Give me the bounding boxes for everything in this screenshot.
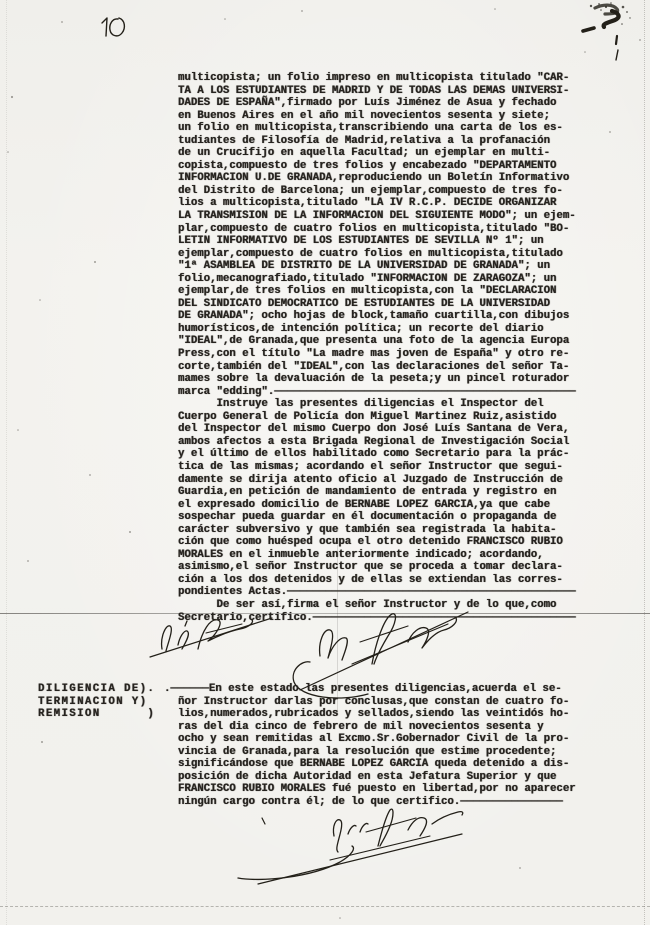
scanned-document-page: multicopista; un folio impreso en multic… — [0, 0, 650, 925]
paper-noise — [0, 0, 650, 925]
